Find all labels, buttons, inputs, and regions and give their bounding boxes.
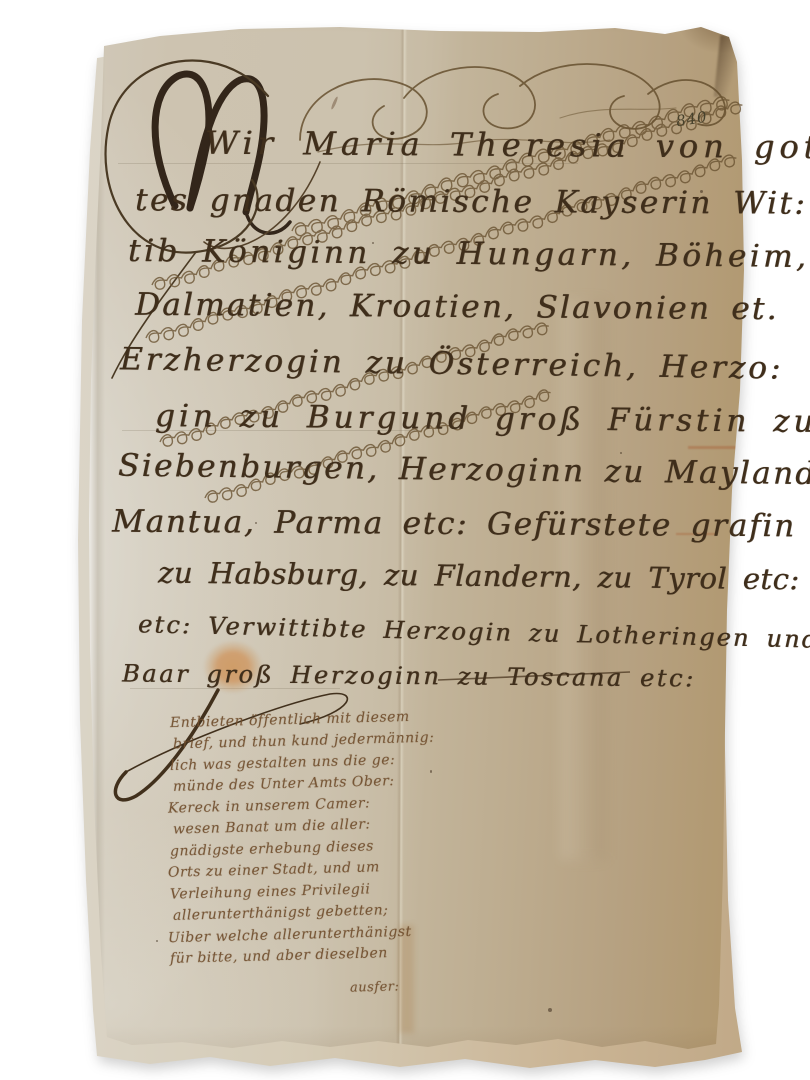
paper-speck [548,1008,552,1012]
corner-curl-shadow [714,35,742,99]
rust-streak [688,446,740,449]
photo-background: 840 Wir Maria Theresia von got: tes gnad… [0,0,810,1080]
fold-stain [399,925,414,1033]
heading-line: Mantua, Parma etc: Gefürstete grafin [112,504,796,545]
heading-line: tes gnaden Römische Kayserin Wit: [135,182,807,222]
catchword: ausfer: [350,979,400,995]
heading-line: Baar groß Herzoginn zu Toscana etc: [122,659,696,692]
heading-line: gin zu Burgund groß Fürstin zu [155,398,810,440]
paper-speck [430,770,432,773]
heading-line: tib Königinn zu Hungarn, Böheim, [128,233,810,275]
heading-line: Wir Maria Theresia von got: [205,124,810,166]
heading-line: Dalmatien, Kroatien, Slavonien et. [135,287,779,327]
paper-speck [156,940,158,942]
heading-line: zu Habsburg, zu Flandern, zu Tyrol etc: [158,556,800,597]
ink-smudge [330,96,338,110]
